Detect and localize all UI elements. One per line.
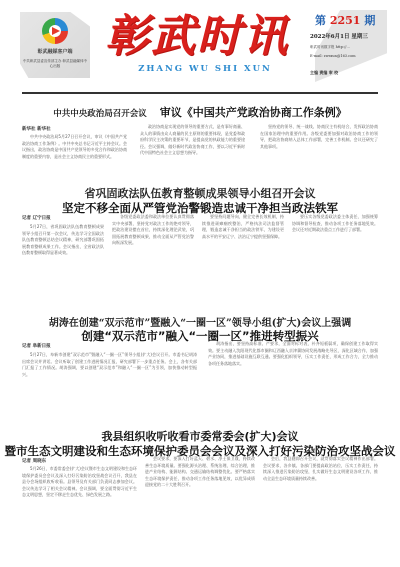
issue-email: E-mail: zwsxun@163.com: [310, 54, 356, 58]
paragraph: 各级党委政法委和政法单位要认真贯彻落实中央部署，坚持党对政法工作的绝对领导，把政…: [112, 214, 194, 247]
newspaper-title: 彰武时讯: [105, 12, 295, 62]
issue-date: 2022年6月1日 星期三: [310, 32, 368, 40]
article-2-column-1: 5月27日，省巩固政法队伍教育整顿成果领导小组召开第一次会议，传达学习全国政法队…: [22, 224, 104, 304]
issue-prefix: 第: [315, 14, 326, 27]
masthead: 彰武融媒客户端 中共彰武县委宣传部主办 彰武县融媒体中心出版 彰武时讯 ZHAN…: [0, 0, 400, 82]
article-3-column-2: 胡涛指出，要坚持高标准、严要求，全面对标对表，补齐短板弱项，确保创建工作取得实效…: [208, 341, 378, 414]
article-3-byline: 记者 阜新日报: [22, 343, 51, 349]
paragraph: 胡涛指出，要坚持高标准、严要求，全面对标对表，补齐短板弱项，确保创建工作取得实效…: [208, 341, 378, 367]
logo-subtitle: 中共彰武县委宣传部主办 彰武县融媒体中心出版: [22, 59, 88, 68]
play-icon: [52, 27, 60, 35]
article-4-column-1: 5月26日，市委常委会(扩大)会议暨市生态文明建设和生态环境保护委员会会议及深入…: [22, 466, 137, 552]
article-2-column-2: 各级党委政法委和政法单位要认真贯彻落实中央部署，坚持党对政法工作的绝对领导，把政…: [112, 214, 194, 304]
article-4-column-2: 会议要求，要深入打好蓝天、碧水、净土保卫战，持续改善生态环境质量。要强化源头治理…: [145, 456, 255, 552]
article-1-column-1: 中共中央政治局5月27日召开会议，审议《中国共产党政治协商工作条例》。中共中央总…: [22, 134, 127, 178]
paragraph: 中共中央政治局5月27日召开会议，审议《中国共产党政治协商工作条例》。中共中央总…: [22, 134, 127, 160]
paragraph: 会后，我县随即召开会议，就贯彻落实会议精神作出部署。会议要求，各乡镇、各部门要提…: [263, 456, 378, 482]
issue-suffix: 期: [364, 14, 375, 27]
paragraph: 政治协商是实现党的领导的重要方式，是有事好商量、众人的事情由众人商量的民主原则的…: [140, 124, 245, 157]
logo-name: 彰武融媒客户端: [24, 48, 86, 55]
issue-number-value: 2251: [330, 14, 361, 27]
issue-editors: 主编 责编 审 校: [310, 70, 338, 76]
article-1-column-2: 政治协商是实现党的领导的重要方式，是有事好商量、众人的事情由众人商量的民主原则的…: [140, 124, 245, 178]
paragraph: 要压实各级党委政法委主体责任，加强统筹协调和督导检查，推动各项工作任务落地见效。…: [292, 214, 378, 234]
paragraph: 要坚持问题导向，健全完善长效机制，持续推进顽瘴痼疾整治，严格执法司法监督管理，锻…: [202, 214, 284, 240]
paragraph: 5月27日，阜新市创建“双示范市”暨融入“一圈一区”领导小组(扩大)会议召开。市…: [22, 352, 197, 378]
article-1-kicker: 中共中央政治局召开会议: [53, 109, 147, 119]
article-2-title: 坚定不移全面从严管党治警锻造忠诚干净担当政法铁军: [62, 201, 338, 215]
article-1-title: 审议《中国共产党政治协商工作条例》: [160, 106, 347, 119]
issue-website: 彰武时讯数字报 http://...: [310, 45, 350, 50]
article-2-column-3: 要坚持问题导向，健全完善长效机制，持续推进顽瘴痼疾整治，严格执法司法监督管理，锻…: [202, 214, 284, 304]
article-2-column-4: 要压实各级党委政法委主体责任，加强统筹协调和督导检查，推动各项工作任务落地见效。…: [292, 214, 378, 304]
paragraph: 坚持党的领导、统一战线、协商民主有机结合，发挥政治协商在国家治理中的重要作用。各…: [260, 124, 378, 150]
article-3-column-1: 5月27日，阜新市创建“双示范市”暨融入“一圈一区”领导小组(扩大)会议召开。市…: [22, 352, 197, 414]
article-4-column-3: 会后，我县随即召开会议，就贯彻落实会议精神作出部署。会议要求，各乡镇、各部门要提…: [263, 456, 378, 552]
issue-info: 第 2251 期 2022年6月1日 星期三 彰武时讯数字报 http://..…: [305, 10, 387, 82]
media-center-logo[interactable]: 彰武融媒客户端 中共彰武县委宣传部主办 彰武县融媒体中心出版: [20, 12, 90, 78]
article-4-byline: 记者 周晓东: [22, 458, 46, 464]
article-2-byline: 记者 辽宁日报: [22, 215, 51, 221]
issue-number: 第 2251 期: [315, 12, 375, 28]
masthead-divider: [22, 92, 378, 94]
article-1-byline: 新华社 新华社: [22, 126, 51, 132]
paragraph: 会议要求，要深入打好蓝天、碧水、净土保卫战，持续改善生态环境质量。要强化源头治理…: [145, 456, 255, 489]
article-1-column-3: 坚持党的领导、统一战线、协商民主有机结合，发挥政治协商在国家治理中的重要作用。各…: [260, 124, 378, 178]
paragraph: 5月27日，省巩固政法队伍教育整顿成果领导小组召开第一次会议，传达学习全国政法队…: [22, 224, 104, 257]
newspaper-title-pinyin: ZHANG WU SHI XUN: [120, 64, 290, 74]
article-1-headline[interactable]: 中共中央政治局召开会议 审议《中国共产党政治协商工作条例》: [0, 101, 400, 120]
paragraph: 5月26日，市委常委会(扩大)会议暨市生态文明建设和生态环境保护委员会会议及深入…: [22, 466, 137, 499]
